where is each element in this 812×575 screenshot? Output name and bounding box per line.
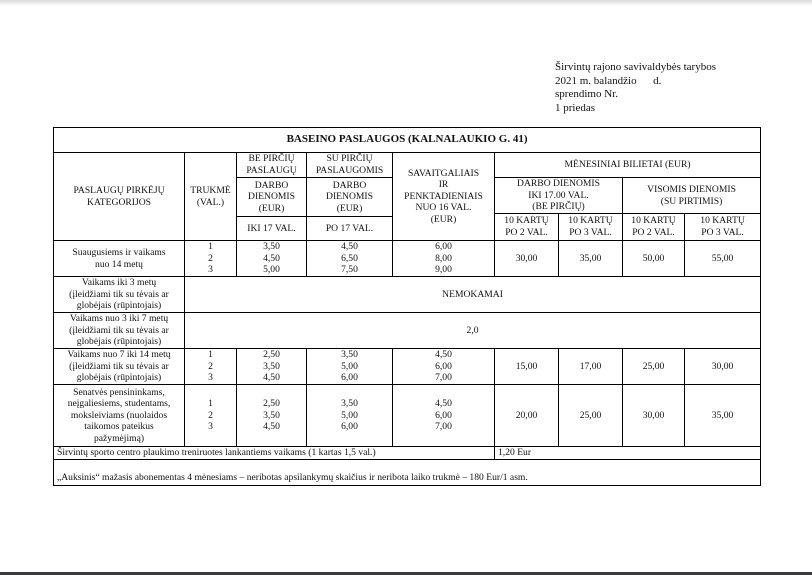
header-monthly: MĖNESINIAI BILIETAI (EUR) [495, 153, 761, 178]
weekend-price-cell: 4,50 6,00 7,00 [393, 349, 495, 385]
merged-price-cell: 2,0 [185, 313, 761, 349]
monthly-price-cell: 25,00 [623, 349, 685, 385]
header-weekend: SAVAITGALIAIS IR PENKTADIENIAIS NUO 16 V… [393, 153, 495, 241]
weekend-price-cell: 6,00 8,00 9,00 [393, 241, 495, 277]
table-row: Suaugusiems ir vaikams nuo 14 metų 1 2 3… [54, 241, 761, 277]
monthly-price-cell: 55,00 [685, 241, 761, 277]
monthly-price-cell: 30,00 [623, 385, 685, 447]
training-label: Širvintų sporto centro plaukimo treniruo… [54, 447, 495, 460]
monthly-price-cell: 30,00 [685, 349, 761, 385]
header-with-sauna-top: SU PIRČIŲ PASLAUGOMIS [307, 153, 393, 178]
header-sub-col: 10 KARTŲ PO 2 VAL. [495, 214, 559, 241]
header-no-sauna-bottom: IKI 17 VAL. [237, 217, 307, 241]
monthly-price-cell: 50,00 [623, 241, 685, 277]
gold-subscription-label: „Auksinis“ mažasis abonementas 4 mėnesia… [54, 460, 761, 486]
category-cell: Vaikams nuo 7 iki 14 metų (įleidžiami ti… [54, 349, 185, 385]
with-sauna-price-cell: 3,50 5,00 6,00 [307, 349, 393, 385]
table-title: BASEINO PASLAUGOS (KALNALAUKIO G. 41) [54, 128, 761, 153]
training-row: Širvintų sporto centro plaukimo treniruo… [54, 447, 761, 460]
header-monthly-workdays: DARBO DIENOMIS IKI 17.00 VAL. (BE PIRČIŲ… [495, 178, 623, 214]
monthly-price-cell: 17,00 [559, 349, 623, 385]
monthly-price-cell: 15,00 [495, 349, 559, 385]
decree-note-line: 1 priedas [555, 102, 716, 116]
decree-note-line: 2021 m. balandžio d. [555, 75, 716, 89]
category-cell: Vaikams iki 3 metų (įleidžiami tik su tė… [54, 277, 185, 313]
header-category: PASLAUGŲ PIRKĖJŲ KATEGORIJOS [54, 153, 185, 241]
monthly-price-cell: 35,00 [559, 241, 623, 277]
header-sub-col: 10 KARTŲ PO 3 VAL. [685, 214, 761, 241]
top-shadow [0, 0, 812, 6]
training-price: 1,20 Eur [495, 447, 761, 460]
header-with-sauna-mid: DARBO DIENOMIS (EUR) [307, 178, 393, 217]
no-sauna-price-cell: 2,50 3,50 4,50 [237, 349, 307, 385]
no-sauna-price-cell: 2,50 3,50 4,50 [237, 385, 307, 447]
no-sauna-price-cell: 3,50 4,50 5,00 [237, 241, 307, 277]
pool-price-table: BASEINO PASLAUGOS (KALNALAUKIO G. 41) PA… [53, 127, 761, 486]
duration-cell: 1 2 3 [185, 385, 237, 447]
duration-cell: 1 2 3 [185, 241, 237, 277]
decree-note-line: sprendimo Nr. [555, 88, 716, 102]
header-duration: TRUKMĖ (VAL.) [185, 153, 237, 241]
header-monthly-alldays: VISOMIS DIENOMIS (SU PIRTIMIS) [623, 178, 761, 214]
table-row: Vaikams nuo 3 iki 7 metų (įleidžiami tik… [54, 313, 761, 349]
decree-note: Širvintų rajono savivaldybės tarybos 202… [555, 61, 716, 115]
merged-price-cell: NEMOKAMAI [185, 277, 761, 313]
header-with-sauna-bottom: PO 17 VAL. [307, 217, 393, 241]
monthly-price-cell: 25,00 [559, 385, 623, 447]
header-no-sauna-top: BE PIRČIŲ PASLAUGŲ [237, 153, 307, 178]
with-sauna-price-cell: 4,50 6,50 7,50 [307, 241, 393, 277]
gold-subscription-row: „Auksinis“ mažasis abonementas 4 mėnesia… [54, 460, 761, 486]
category-cell: Vaikams nuo 3 iki 7 metų (įleidžiami tik… [54, 313, 185, 349]
header-sub-col: 10 KARTŲ PO 3 VAL. [559, 214, 623, 241]
category-cell: Senatvės pensininkams, neįgaliesiems, st… [54, 385, 185, 447]
table-row: Vaikams nuo 7 iki 14 metų (įleidžiami ti… [54, 349, 761, 385]
table-row: Vaikams iki 3 metų (įleidžiami tik su tė… [54, 277, 761, 313]
monthly-price-cell: 30,00 [495, 241, 559, 277]
header-sub-col: 10 KARTŲ PO 2 VAL. [623, 214, 685, 241]
monthly-price-cell: 20,00 [495, 385, 559, 447]
weekend-price-cell: 4,50 6,00 7,00 [393, 385, 495, 447]
header-no-sauna-mid: DARBO DIENOMIS (EUR) [237, 178, 307, 217]
category-cell: Suaugusiems ir vaikams nuo 14 metų [54, 241, 185, 277]
duration-cell: 1 2 3 [185, 349, 237, 385]
monthly-price-cell: 35,00 [685, 385, 761, 447]
with-sauna-price-cell: 3,50 5,00 6,00 [307, 385, 393, 447]
table-row: Senatvės pensininkams, neįgaliesiems, st… [54, 385, 761, 447]
decree-note-line: Širvintų rajono savivaldybės tarybos [555, 61, 716, 75]
